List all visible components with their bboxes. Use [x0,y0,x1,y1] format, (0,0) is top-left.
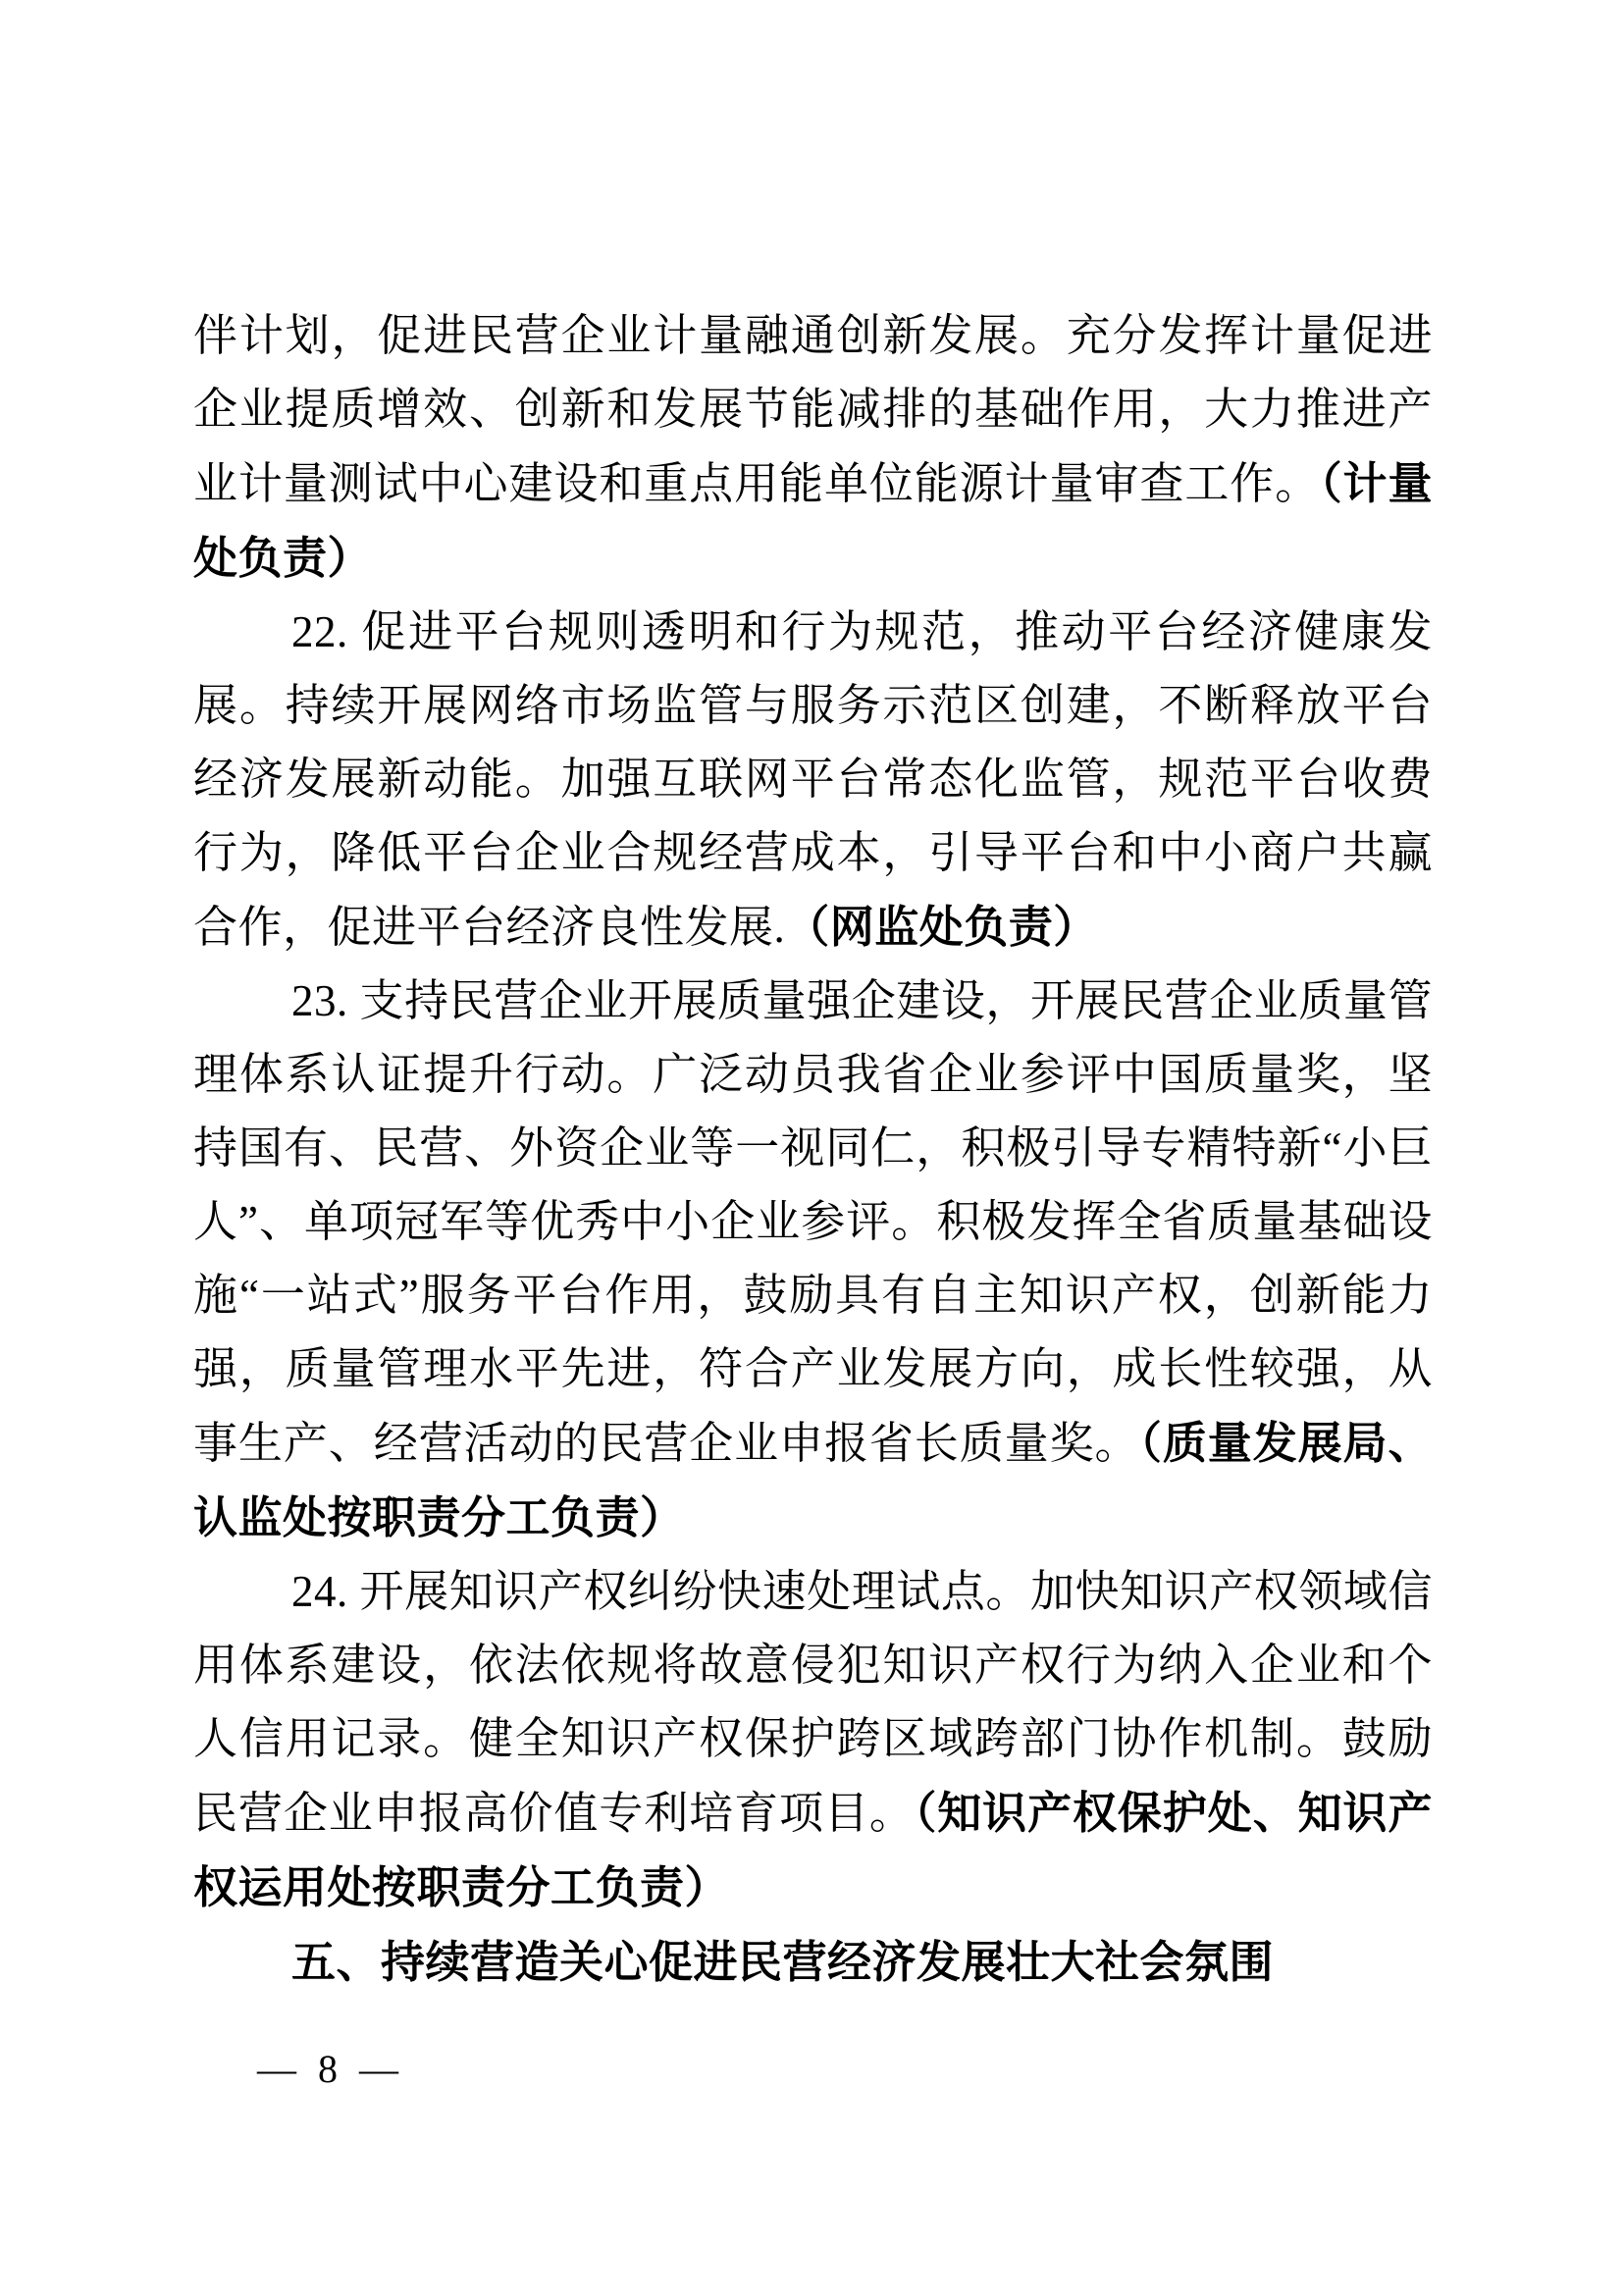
paragraph-21-continuation: 伴计划，促进民营企业计量融通创新发展。充分发挥计量促进企业提质增效、创新和发展节… [193,299,1433,596]
body-text-segment: 23. 支持民营企业开展质量强企建设，开展民营企业质量管理体系认证提升行动。广泛… [193,976,1433,1468]
paragraph-24: 24. 开展知识产权纠纷快速处理试点。加快知识产权领域信用体系建设，依法依规将故… [193,1555,1433,1925]
body-text-segment: 22. 促进平台规则透明和行为规范，推动平台经济健康发展。持续开展网络市场监管与… [193,607,1433,952]
bold-annotation-segment: （网监处负责） [785,902,1098,952]
page-number: — 8 — [257,2047,404,2092]
document-body: 伴计划，促进民营企业计量融通创新发展。充分发挥计量促进企业提质增效、创新和发展节… [193,299,1433,1999]
body-text-segment: 伴计划，促进民营企业计量融通创新发展。充分发挥计量促进企业提质增效、创新和发展节… [193,311,1433,508]
paragraph-22: 22. 促进平台规则透明和行为规范，推动平台经济健康发展。持续开展网络市场监管与… [193,596,1433,965]
section-heading-5: 五、持续营造关心促进民营经济发展壮大社会氛围 [193,1925,1433,1999]
document-page: 伴计划，促进民营企业计量融通创新发展。充分发挥计量促进企业提质增效、创新和发展节… [0,0,1624,2296]
bold-annotation-segment: 五、持续营造关心促进民营经济发展壮大社会氛围 [291,1937,1274,1987]
paragraph-23: 23. 支持民营企业开展质量强企建设，开展民营企业质量管理体系认证提升行动。广泛… [193,965,1433,1555]
